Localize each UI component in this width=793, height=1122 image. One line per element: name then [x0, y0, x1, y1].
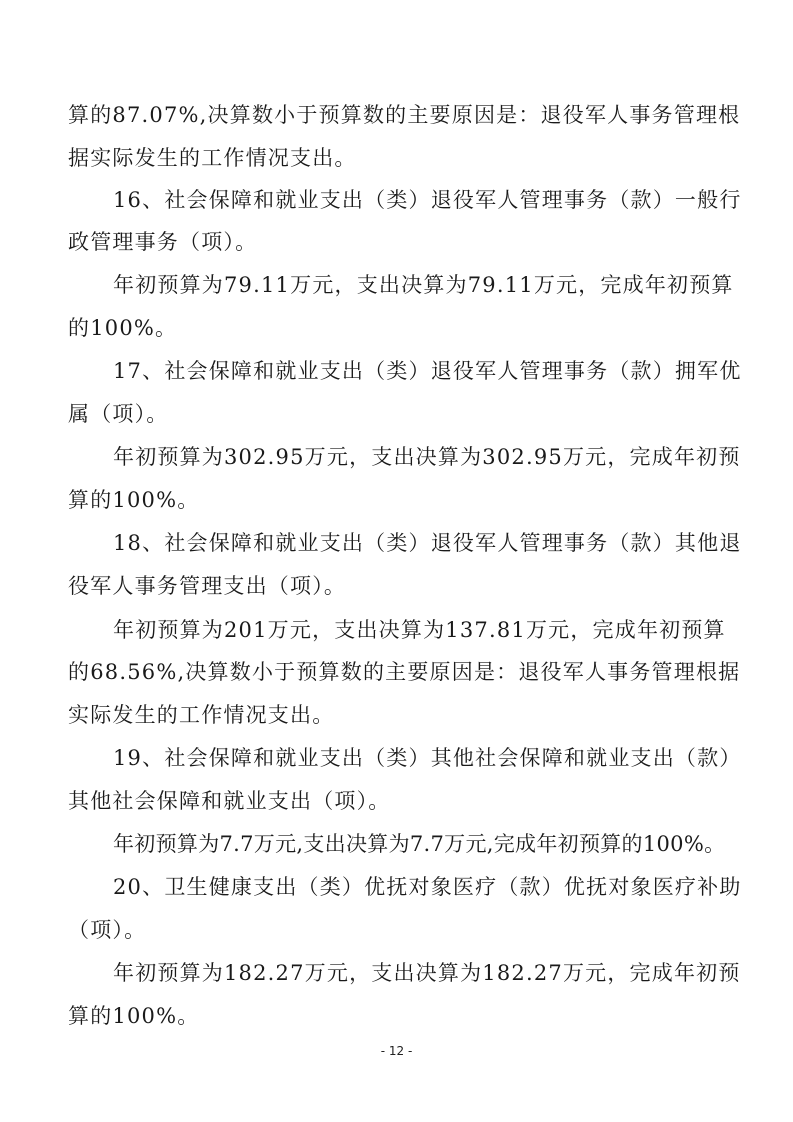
item-19-heading-cont: 其他社会保障和就业支出（项）。: [68, 789, 391, 813]
item-17-heading: 17、社会保障和就业支出（类）退役军人管理事务（款）拥军优: [113, 359, 742, 383]
item-18-budget-cont: 的68.56%,决算数小于预算数的主要原因是：退役军人事务管理根据: [68, 660, 740, 684]
item-20-heading: 20、卫生健康支出（类）优抚对象医疗（款）优抚对象医疗补助: [113, 875, 742, 899]
page-number: - 12 -: [0, 1044, 793, 1058]
item-16-heading: 16、社会保障和就业支出（类）退役军人管理事务（款）一般行: [113, 188, 742, 212]
item-20-heading-cont: （项）。: [68, 918, 146, 942]
item-16-heading-cont: 政管理事务（项）。: [68, 230, 257, 254]
item-18-heading-cont: 役军人事务管理支出（项）。: [68, 574, 346, 598]
item-18-budget-cont-2: 实际发生的工作情况支出。: [68, 703, 334, 727]
item-17-heading-cont: 属（项）。: [68, 402, 169, 426]
item-17-budget: 年初预算为302.95万元，支出决算为302.95万元，完成年初预: [113, 445, 741, 469]
item-16-budget-cont: 的100%。: [68, 316, 177, 340]
item-18-heading: 18、社会保障和就业支出（类）退役军人管理事务（款）其他退: [113, 531, 742, 555]
text-line-2: 据实际发生的工作情况支出。: [68, 146, 357, 170]
item-18-budget: 年初预算为201万元，支出决算为137.81万元，完成年初预算: [113, 618, 726, 642]
item-20-budget-cont: 算的100%。: [68, 1004, 199, 1028]
item-16-budget: 年初预算为79.11万元，支出决算为79.11万元，完成年初预算: [113, 273, 734, 297]
item-17-budget-cont: 算的100%。: [68, 488, 199, 512]
item-20-budget: 年初预算为182.27万元，支出决算为182.27万元，完成年初预: [113, 961, 741, 985]
item-19-budget: 年初预算为7.7万元,支出决算为7.7万元,完成年初预算的100%。: [113, 832, 725, 856]
item-19-heading: 19、社会保障和就业支出（类）其他社会保障和就业支出（款）: [113, 746, 742, 770]
text-line-1: 算的87.07%,决算数小于预算数的主要原因是：退役军人事务管理根: [68, 103, 740, 127]
